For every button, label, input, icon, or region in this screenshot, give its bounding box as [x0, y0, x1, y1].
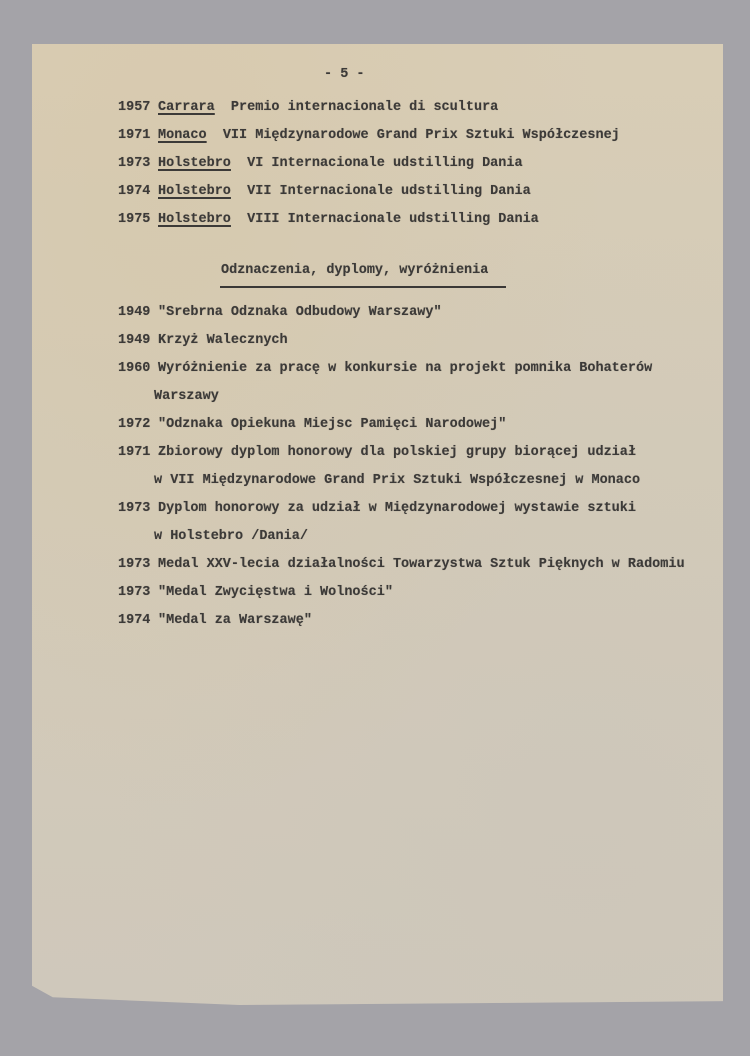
award-text: "Medal Zwycięstwa i Wolności" [158, 585, 393, 600]
exhibition-entry: 1974Holstebro VII Internacionale udstill… [118, 184, 531, 200]
exhibition-title: VII Międzynarodowe Grand Prix Sztuki Wsp… [223, 128, 620, 143]
exhibition-entry: 1975Holstebro VIII Internacionale udstil… [118, 212, 539, 228]
award-entry: 1973"Medal Zwycięstwa i Wolności" [118, 585, 393, 601]
award-year: 1949 [118, 333, 158, 349]
award-entry: 1949"Srebrna Odznaka Odbudowy Warszawy" [118, 305, 442, 321]
exhibition-year: 1974 [118, 184, 158, 200]
awards-section-heading: Odznaczenia, dyplomy, wyróżnienia [221, 263, 488, 279]
award-text: "Medal za Warszawę" [158, 613, 312, 628]
exhibition-place: Holstebro [158, 212, 231, 227]
award-year: 1973 [118, 557, 158, 573]
exhibition-year: 1973 [118, 156, 158, 172]
award-text: Medal XXV-lecia działalności Towarzystwa… [158, 557, 685, 572]
award-entry: 1974"Medal za Warszawę" [118, 613, 312, 629]
exhibition-title: VIII Internacionale udstilling Dania [247, 212, 539, 227]
exhibition-year: 1971 [118, 128, 158, 144]
exhibition-title: VI Internacionale udstilling Dania [247, 156, 522, 171]
exhibition-place: Carrara [158, 100, 215, 115]
exhibition-title: Premio internacionale di scultura [231, 100, 498, 115]
award-continuation: w VII Międzynarodowe Grand Prix Sztuki W… [154, 473, 640, 489]
exhibition-place: Holstebro [158, 184, 231, 199]
award-entry: 1972"Odznaka Opiekuna Miejsc Pamięci Nar… [118, 417, 506, 433]
exhibition-entry: 1957Carrara Premio internacionale di scu… [118, 100, 498, 116]
award-text: Dyplom honorowy za udział w Międzynarodo… [158, 501, 636, 516]
award-text: Wyróżnienie za pracę w konkursie na proj… [158, 361, 652, 376]
award-entry: 1960Wyróżnienie za pracę w konkursie na … [118, 361, 652, 377]
award-text: Zbiorowy dyplom honorowy dla polskiej gr… [158, 445, 636, 460]
award-entry: 1973Medal XXV-lecia działalności Towarzy… [118, 557, 685, 573]
award-year: 1972 [118, 417, 158, 433]
award-continuation: Warszawy [154, 389, 219, 405]
exhibition-title: VII Internacionale udstilling Dania [247, 184, 531, 199]
award-entry: 1973Dyplom honorowy za udział w Międzyna… [118, 501, 636, 517]
exhibition-entry: 1973Holstebro VI Internacionale udstilli… [118, 156, 523, 172]
award-year: 1971 [118, 445, 158, 461]
exhibition-place: Holstebro [158, 156, 231, 171]
award-year: 1949 [118, 305, 158, 321]
exhibition-year: 1957 [118, 100, 158, 116]
page-number: - 5 - [324, 67, 365, 83]
award-year: 1960 [118, 361, 158, 377]
exhibition-place: Monaco [158, 128, 207, 143]
award-text: Krzyż Walecznych [158, 333, 288, 348]
award-text: "Srebrna Odznaka Odbudowy Warszawy" [158, 305, 442, 320]
heading-underline [220, 286, 506, 288]
exhibition-year: 1975 [118, 212, 158, 228]
award-year: 1973 [118, 585, 158, 601]
exhibition-entry: 1971Monaco VII Międzynarodowe Grand Prix… [118, 128, 620, 144]
award-entry: 1971Zbiorowy dyplom honorowy dla polskie… [118, 445, 636, 461]
award-year: 1973 [118, 501, 158, 517]
award-entry: 1949Krzyż Walecznych [118, 333, 288, 349]
award-year: 1974 [118, 613, 158, 629]
award-continuation: w Holstebro /Dania/ [154, 529, 308, 545]
award-text: "Odznaka Opiekuna Miejsc Pamięci Narodow… [158, 417, 506, 432]
